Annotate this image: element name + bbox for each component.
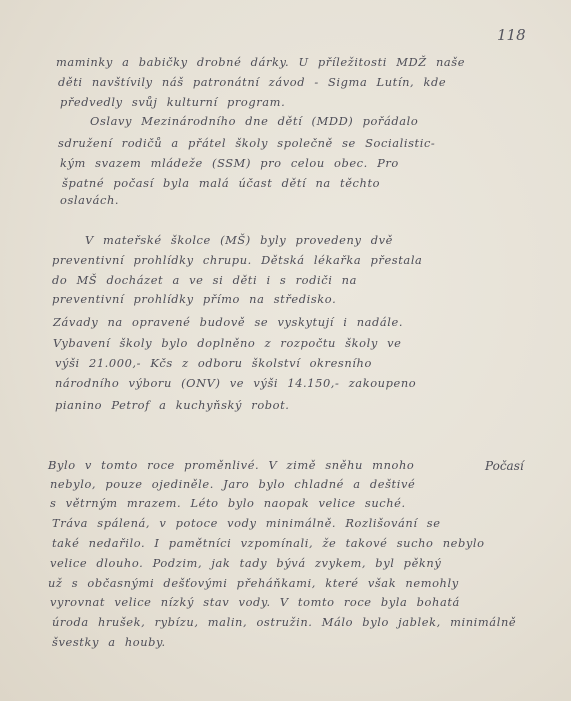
text-line: oslavách. <box>60 193 119 207</box>
text-line: už s občasnými dešťovými přeháňkami, kte… <box>48 576 459 590</box>
text-line: výši 21.000,- Kčs z odboru školství okre… <box>55 356 372 370</box>
margin-heading-weather: Počasí <box>485 459 524 473</box>
text-line: do MŠ docházet a ve si děti i s rodiči n… <box>52 273 357 287</box>
text-line: maminky a babičky drobné dárky. U přílež… <box>56 55 465 69</box>
text-line: Bylo v tomto roce proměnlivé. V zimě sně… <box>48 458 414 472</box>
page-number: 118 <box>497 26 526 44</box>
text-line: nebylo, pouze ojediněle. Jaro bylo chlad… <box>50 477 415 491</box>
text-line: předvedly svůj kulturní program. <box>60 95 285 109</box>
text-line: národního výboru (ONV) ve výši 14.150,- … <box>55 376 416 390</box>
chronicle-page: 118 maminky a babičky drobné dárky. U př… <box>0 0 571 701</box>
text-line: s větrným mrazem. Léto bylo naopak velic… <box>50 496 406 510</box>
text-line: pianino Petrof a kuchyňský robot. <box>55 398 290 412</box>
text-line: kým svazem mládeže (SSM) pro celou obec.… <box>60 156 399 170</box>
text-line: také nedařilo. I pamětníci vzpomínali, ž… <box>52 536 485 550</box>
text-line: vyrovnat velice nízký stav vody. V tomto… <box>50 595 460 609</box>
text-line: preventivní prohlídky přímo na středisko… <box>52 292 336 306</box>
text-line: V mateřské školce (MŠ) byly provedeny dv… <box>85 233 393 247</box>
text-line: Závady na opravené budově se vyskytují i… <box>53 315 403 329</box>
text-line: velice dlouho. Podzim, jak tady bývá zvy… <box>50 556 441 570</box>
text-line: Vybavení školy bylo doplněno z rozpočtu … <box>53 336 401 350</box>
text-line: švestky a houby. <box>52 635 166 649</box>
text-line: preventivní prohlídky chrupu. Dětská lék… <box>52 253 422 267</box>
text-line: špatné počasí byla malá účast dětí na tě… <box>62 176 380 190</box>
text-line: sdružení rodičů a přátel školy společně … <box>58 136 435 150</box>
text-line: děti navštívily náš patronátní závod - S… <box>58 75 446 89</box>
text-line: Oslavy Mezinárodního dne dětí (MDD) pořá… <box>90 114 418 128</box>
text-line: Tráva spálená, v potoce vody minimálně. … <box>52 516 441 530</box>
text-line: úroda hrušek, rybízu, malin, ostružin. M… <box>52 615 516 629</box>
